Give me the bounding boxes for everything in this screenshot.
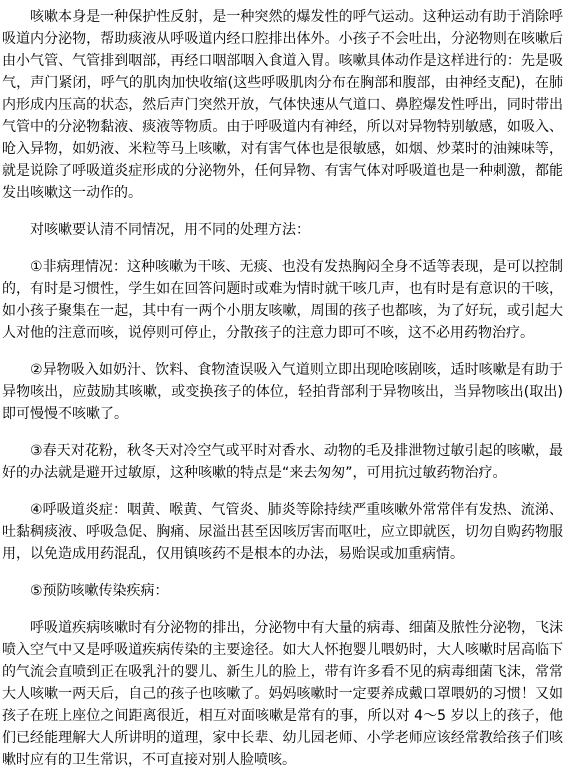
item-1-non-pathological-paragraph: ①非病理情况：这种咳嗽为干咳、无痰、也没有发热胸闷全身不适等表现，是可以控制的，… [2, 256, 563, 344]
methods-intro-paragraph: 对咳嗽要认清不同情况，用不同的处理方法： [2, 219, 563, 241]
item-5-prevention-heading: ⑤预防咳嗽传染疾病： [2, 580, 563, 602]
item-4-respiratory-inflammation-paragraph: ④呼吸道炎症：咽黄、喉黄、气管炎、肺炎等除持续严重咳嗽外常常伴有发热、流涕、吐黏… [2, 499, 563, 565]
item-3-allergy-paragraph: ③春天对花粉，秋冬天对冷空气或平时对香水、动物的毛及排泄物过敏引起的咳嗽，最好的… [2, 440, 563, 484]
item-2-foreign-body-paragraph: ②异物吸入如奶汁、饮料、食物渣误吸入气道则立即出现呛咳剧咳，适时咳嗽是有助于异物… [2, 359, 563, 425]
document-page: 咳嗽本身是一种保护性反射，是一种突然的爆发性的呼气运动。这种运动有助于消除呼吸道… [0, 0, 566, 779]
intro-paragraph: 咳嗽本身是一种保护性反射，是一种突然的爆发性的呼气运动。这种运动有助于消除呼吸道… [2, 6, 563, 204]
prevention-detail-paragraph: 呼吸道疾病咳嗽时有分泌物的排出，分泌物中有大量的病毒、细菌及脓性分泌物，飞沫喷入… [2, 617, 563, 771]
